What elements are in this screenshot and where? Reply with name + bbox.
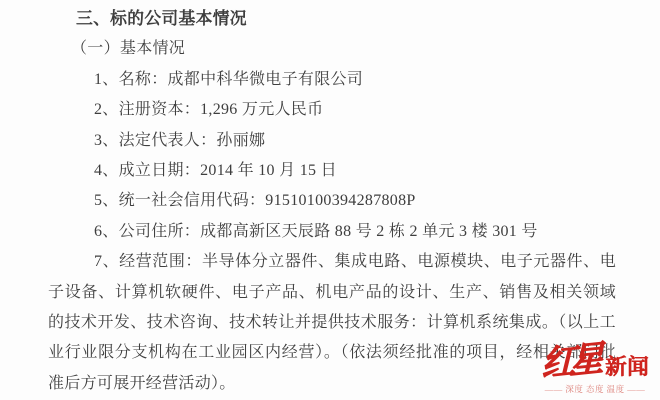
item-registered-capital: 2、注册资本：1,296 万元人民币: [48, 95, 616, 125]
subsection-heading: （一）基本情况: [48, 34, 616, 64]
item-business-scope: 7、经营范围：半导体分立器件、集成电路、电源模块、电子元器件、电子设备、计算机软…: [48, 247, 616, 399]
item-company-name: 1、名称：成都中科华微电子有限公司: [48, 65, 616, 95]
item-company-address: 6、公司住所：成都高新区天辰路 88 号 2 栋 2 单元 3 楼 301 号: [48, 217, 616, 247]
section-heading: 三、标的公司基本情况: [48, 4, 616, 34]
item-establishment-date: 4、成立日期：2014 年 10 月 15 日: [48, 156, 616, 186]
item-legal-representative: 3、法定代表人：孙丽娜: [48, 126, 616, 156]
document-page: 三、标的公司基本情况 （一）基本情况 1、名称：成都中科华微电子有限公司 2、注…: [0, 0, 660, 399]
item-credit-code: 5、统一社会信用代码：91510100394287808P: [48, 186, 616, 216]
